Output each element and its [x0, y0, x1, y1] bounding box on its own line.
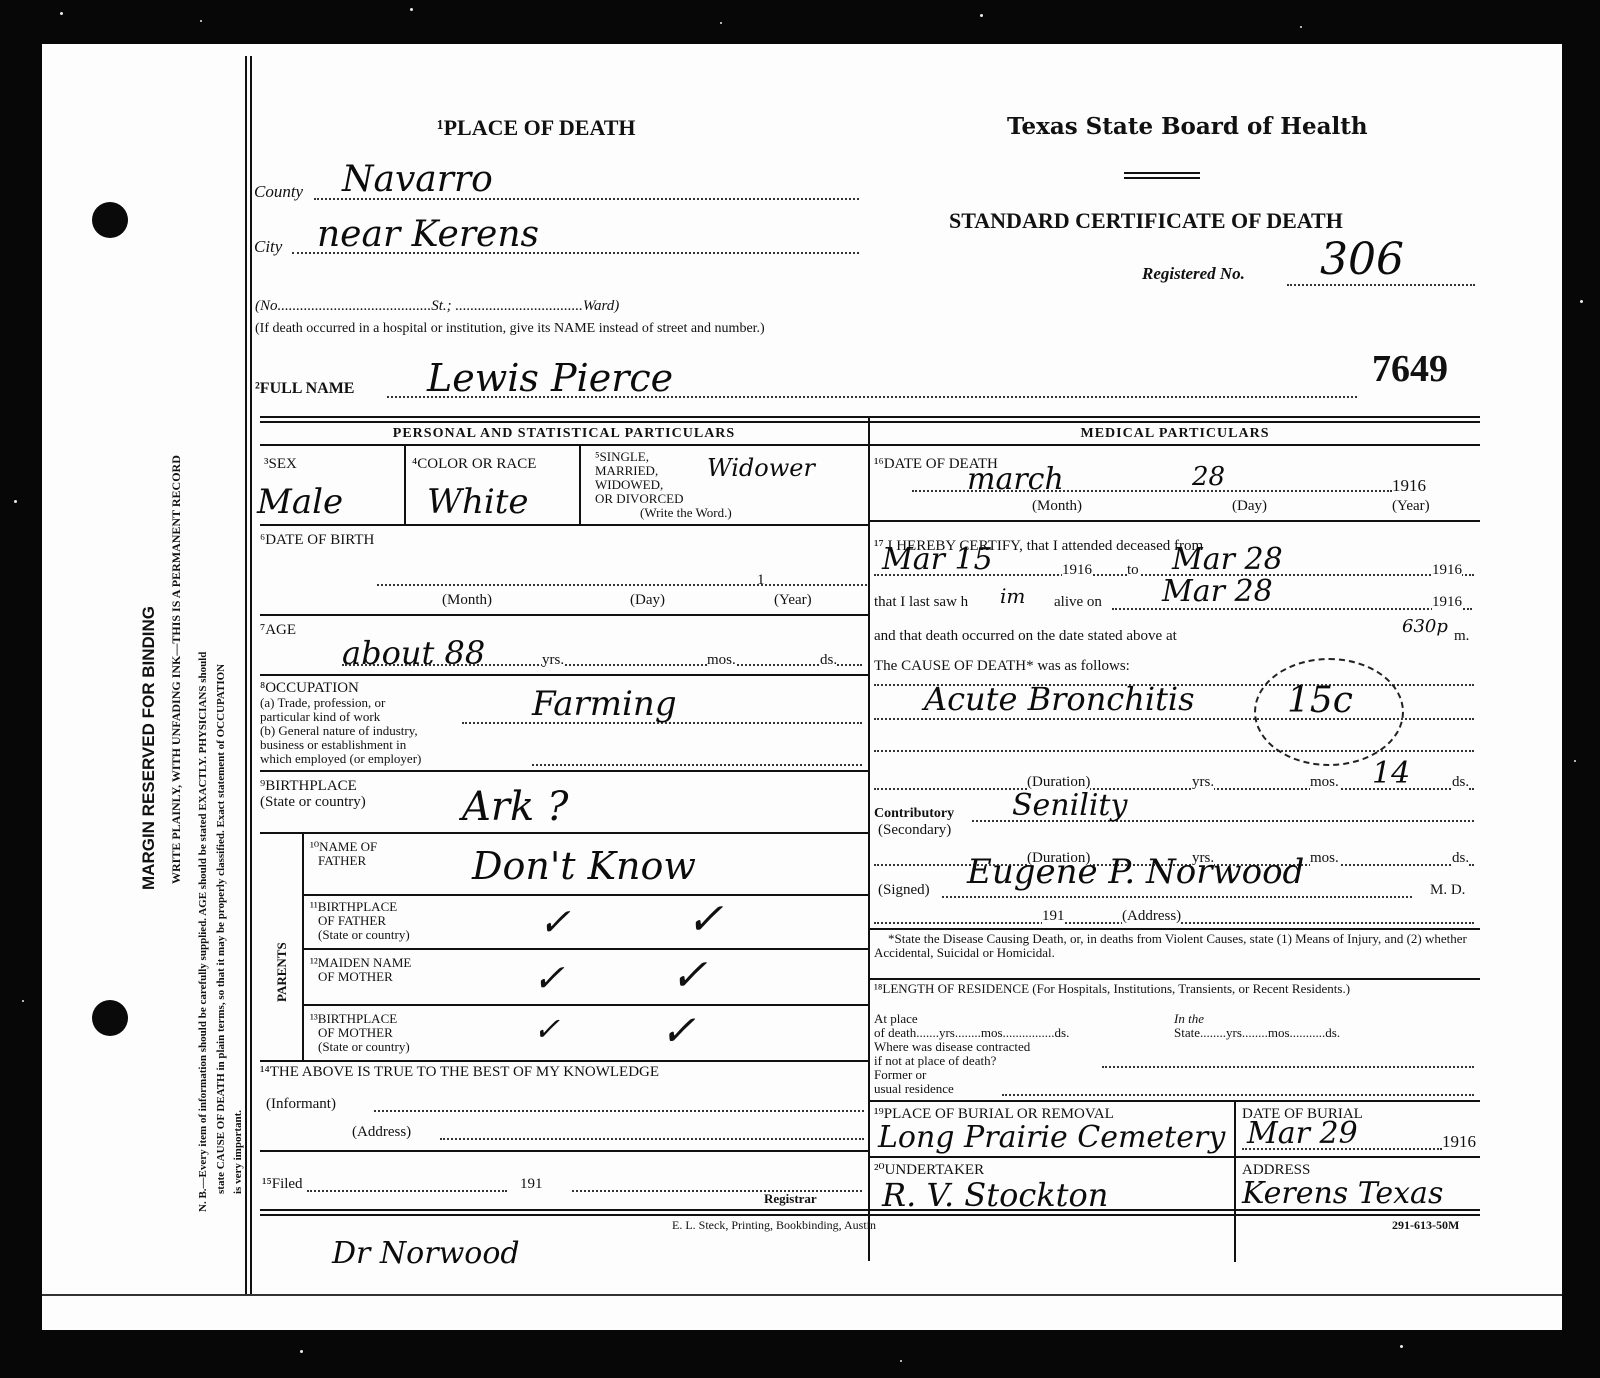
- margin-write-plainly: WRITE PLAINLY, WITH UNFADING INK—THIS IS…: [169, 455, 184, 884]
- cause-label: The CAUSE OF DEATH* was as follows:: [874, 658, 1130, 674]
- check-mark-icon: ✓: [683, 894, 734, 945]
- duration-yrs: yrs.: [1192, 774, 1214, 790]
- signed-line: [942, 896, 1412, 898]
- where-contracted-line: [1102, 1066, 1474, 1068]
- undertaker-address-value: Kerens Texas: [1242, 1176, 1443, 1211]
- bottom-rule-2: [260, 1214, 1480, 1216]
- occupation-b3: which employed (or employer): [260, 752, 421, 766]
- row-rule-8: [304, 1004, 868, 1006]
- father-name-label-1: ¹⁰NAME OF: [310, 840, 377, 854]
- age-yrs: yrs.: [542, 652, 564, 668]
- margin-note-2: state CAUSE OF DEATH in plain terms, so …: [215, 664, 227, 1194]
- filed-line: [307, 1190, 507, 1192]
- occupation-value: Farming: [532, 684, 677, 724]
- mother-name-label-2: OF MOTHER: [318, 970, 393, 984]
- section-divider: [868, 416, 870, 1261]
- board-of-health-title: Texas State Board of Health: [1007, 114, 1368, 140]
- mother-name-label-1: ¹²MAIDEN NAME: [310, 956, 411, 970]
- med-rule-4: [870, 1100, 1480, 1102]
- form-number: 291-613-50M: [1392, 1218, 1459, 1232]
- row-rule-9: [260, 1060, 868, 1062]
- residence-label: ¹⁸LENGTH OF RESIDENCE (For Hospitals, In…: [874, 982, 1474, 996]
- duration-mos: mos.: [1310, 774, 1339, 790]
- place-of-death-title: ¹PLACE OF DEATH: [437, 116, 636, 140]
- registered-no-value: 306: [1320, 234, 1404, 285]
- dob-year-prefix: 1: [757, 572, 765, 588]
- occupation-b2: business or establishment in: [260, 738, 406, 752]
- registrar-line: [572, 1190, 862, 1192]
- death-year: 1916: [1392, 478, 1426, 494]
- dob-label: ⁶DATE OF BIRTH: [260, 532, 374, 548]
- section-title-rule: [260, 444, 1480, 446]
- med-rule-3: [870, 978, 1480, 980]
- duration-ds: ds.: [1452, 774, 1469, 790]
- death-time-text: and that death occurred on the date stat…: [874, 628, 1177, 644]
- printer-credit: E. L. Steck, Printing, Bookbinding, Aust…: [672, 1218, 876, 1232]
- former-residence-1: Former or: [874, 1068, 926, 1082]
- cause-line-3: [874, 750, 1474, 752]
- attended-from: Mar 15: [882, 542, 993, 577]
- row-rule-6: [304, 894, 868, 896]
- check-mark-icon: ✓: [531, 1010, 568, 1048]
- row-rule-5: [260, 832, 868, 834]
- sex-value: Male: [257, 482, 343, 522]
- row-rule-10: [260, 1150, 868, 1152]
- secondary-label: (Secondary): [878, 822, 951, 838]
- dob-year-label: (Year): [774, 592, 812, 608]
- sex-divider: [404, 446, 406, 524]
- marital-value: Widower: [707, 454, 815, 482]
- informant-label: (Informant): [266, 1096, 336, 1112]
- full-name-label: ²FULL NAME: [255, 381, 354, 397]
- certificate-title: STANDARD CERTIFICATE OF DEATH: [949, 209, 1343, 233]
- md-label: M. D.: [1430, 882, 1465, 898]
- last-saw-pronoun: im: [1000, 584, 1025, 608]
- last-saw-text: that I last saw h: [874, 594, 968, 610]
- informant-line: [374, 1110, 864, 1112]
- age-label: ⁷AGE: [260, 622, 296, 638]
- sex-label: ³SEX: [264, 456, 297, 472]
- signed-address-label: (Address): [1122, 908, 1181, 924]
- marital-label-4: OR DIVORCED: [595, 492, 683, 506]
- true-statement: ¹⁴THE ABOVE IS TRUE TO THE BEST OF MY KN…: [260, 1064, 659, 1080]
- duration-days: 14: [1372, 756, 1410, 791]
- personal-section-title: PERSONAL AND STATISTICAL PARTICULARS: [260, 426, 868, 442]
- death-day-label: (Day): [1232, 498, 1267, 514]
- registrar-label: Registrar: [764, 1192, 817, 1206]
- signed-label: (Signed): [878, 882, 930, 898]
- form-left-border: [245, 56, 247, 1296]
- margin-note-1: N. B.—Every item of information should b…: [197, 652, 209, 1212]
- filed-year: 191: [520, 1176, 543, 1192]
- dob-month-label: (Month): [442, 592, 492, 608]
- attended-to-label: to: [1127, 562, 1139, 578]
- cause-footnote: *State the Disease Causing Death, or, in…: [874, 932, 1474, 960]
- alive-on-label: alive on: [1054, 594, 1102, 610]
- duration-ds-2: ds.: [1452, 850, 1469, 866]
- marital-hint: (Write the Word.): [640, 506, 732, 520]
- in-the-label: In the: [1174, 1012, 1204, 1026]
- med-rule-5: [870, 1156, 1480, 1158]
- race-label: ⁴COLOR OR RACE: [412, 456, 536, 472]
- title-rule: [1124, 172, 1200, 174]
- death-month-label: (Month): [1032, 498, 1082, 514]
- check-mark-icon: ✓: [530, 956, 574, 1000]
- row-rule-2: [260, 614, 868, 616]
- check-mark-icon: ✓: [657, 1006, 705, 1055]
- dob-day-label: (Day): [630, 592, 665, 608]
- contributory-value: Senility: [1012, 788, 1127, 823]
- city-value: near Kerens: [317, 214, 539, 255]
- full-name-value: Lewis Pierce: [427, 356, 673, 400]
- cause-value: Acute Bronchitis: [924, 680, 1195, 718]
- marital-label-3: WIDOWED,: [595, 478, 663, 492]
- hospital-note: (If death occurred in a hospital or inst…: [255, 322, 765, 336]
- parents-label: PARENTS: [274, 942, 290, 1002]
- filed-label: ¹⁵Filed: [262, 1176, 303, 1192]
- where-contracted-2: if not at place of death?: [874, 1054, 996, 1068]
- at-place-label: At place: [874, 1012, 918, 1026]
- medical-section-title: MEDICAL PARTICULARS: [870, 426, 1480, 442]
- occupation-a2: particular kind of work: [260, 710, 380, 724]
- birthplace-label: ⁹BIRTHPLACE: [260, 778, 357, 794]
- burial-year: 1916: [1442, 1134, 1476, 1150]
- burial-place-value: Long Prairie Cemetery: [878, 1120, 1225, 1155]
- age-line: [342, 664, 862, 666]
- signed-value: Eugene P. Norwood: [967, 852, 1304, 892]
- occupation-line-b: [532, 764, 862, 766]
- informant-address-line: [440, 1138, 864, 1140]
- marital-label-2: MARRIED,: [595, 464, 658, 478]
- city-label: City: [254, 239, 282, 255]
- of-death-line: of death.......yrs........mos...........…: [874, 1026, 1069, 1040]
- mother-birthplace-label-1: ¹³BIRTHPLACE: [310, 1012, 397, 1026]
- cause-code: 15c: [1287, 680, 1353, 721]
- marital-label-1: ⁵SINGLE,: [595, 450, 649, 464]
- file-number: 7649: [1372, 349, 1448, 389]
- binding-hole-bottom: [92, 1000, 128, 1036]
- signed-year: 191: [1042, 908, 1065, 924]
- birthplace-hint: (State or country): [260, 794, 366, 810]
- state-line: State........yrs........mos...........ds…: [1174, 1026, 1340, 1040]
- mother-birthplace-label-2: OF MOTHER: [318, 1026, 393, 1040]
- med-rule-1: [870, 520, 1480, 522]
- section-top-rule-2: [260, 421, 1480, 423]
- death-month: march: [967, 462, 1064, 497]
- father-name-label-2: FATHER: [318, 854, 366, 868]
- title-rule-2: [1124, 177, 1200, 179]
- form-left-border-inner: [250, 56, 252, 1296]
- contributory-label: Contributory: [874, 806, 954, 822]
- birthplace-value: Ark ?: [462, 784, 568, 830]
- father-birthplace-label-3: (State or country): [318, 928, 410, 942]
- bottom-rule: [260, 1209, 1480, 1211]
- attended-to-year: 1916: [1432, 562, 1462, 578]
- row-rule-4: [260, 770, 868, 772]
- check-mark-icon: ✓: [536, 900, 580, 944]
- former-residence-2: usual residence: [874, 1082, 954, 1096]
- father-birthplace-label-1: ¹¹BIRTHPLACE: [310, 900, 397, 914]
- duration-mos-2: mos.: [1310, 850, 1339, 866]
- father-birthplace-label-2: OF FATHER: [318, 914, 386, 928]
- death-day: 28: [1192, 462, 1225, 492]
- parents-divider: [302, 834, 304, 1060]
- age-ds: ds.: [820, 652, 837, 668]
- check-mark-icon: ✓: [667, 950, 718, 1001]
- last-saw-year: 1916: [1432, 594, 1462, 610]
- footer-annotation: Dr Norwood: [332, 1236, 520, 1271]
- attended-to: Mar 28: [1172, 542, 1283, 577]
- father-name-value: Don't Know: [472, 844, 696, 888]
- row-rule-1: [260, 524, 868, 526]
- occupation-label: ⁸OCCUPATION: [260, 680, 359, 696]
- race-value: White: [427, 482, 529, 522]
- occupation-b: (b) General nature of industry,: [260, 724, 418, 738]
- race-divider: [579, 446, 581, 524]
- last-saw-date: Mar 28: [1162, 574, 1273, 609]
- section-top-rule: [260, 416, 1480, 418]
- margin-binding-text: MARGIN RESERVED FOR BINDING: [139, 606, 159, 890]
- county-label: County: [254, 184, 303, 200]
- age-value: about 88: [342, 634, 485, 672]
- death-year-label: (Year): [1392, 498, 1430, 514]
- occupation-a: (a) Trade, profession, or: [260, 696, 385, 710]
- death-time: 630p: [1402, 616, 1448, 637]
- dob-line: [377, 584, 867, 586]
- row-rule-3: [260, 674, 868, 676]
- age-mos: mos.: [707, 652, 736, 668]
- burial-divider: [1234, 1100, 1236, 1262]
- row-rule-7: [304, 948, 868, 950]
- page-bottom-edge: [42, 1294, 1562, 1296]
- mother-birthplace-label-3: (State or country): [318, 1040, 410, 1054]
- registered-no-label: Registered No.: [1142, 266, 1245, 282]
- med-rule-2: [870, 928, 1480, 930]
- former-residence-line: [1002, 1094, 1474, 1096]
- margin-note-3: is very important.: [232, 1110, 244, 1194]
- death-time-suffix: m.: [1454, 628, 1469, 644]
- burial-date-value: Mar 29: [1247, 1116, 1358, 1151]
- binding-hole-top: [92, 202, 128, 238]
- county-value: Navarro: [342, 159, 493, 200]
- informant-address-label: (Address): [352, 1124, 411, 1140]
- death-certificate: MARGIN RESERVED FOR BINDING WRITE PLAINL…: [42, 44, 1562, 1330]
- attended-from-year: 1916: [1062, 562, 1092, 578]
- where-contracted-1: Where was disease contracted: [874, 1040, 1030, 1054]
- street-ward-line: (No.....................................…: [255, 298, 619, 314]
